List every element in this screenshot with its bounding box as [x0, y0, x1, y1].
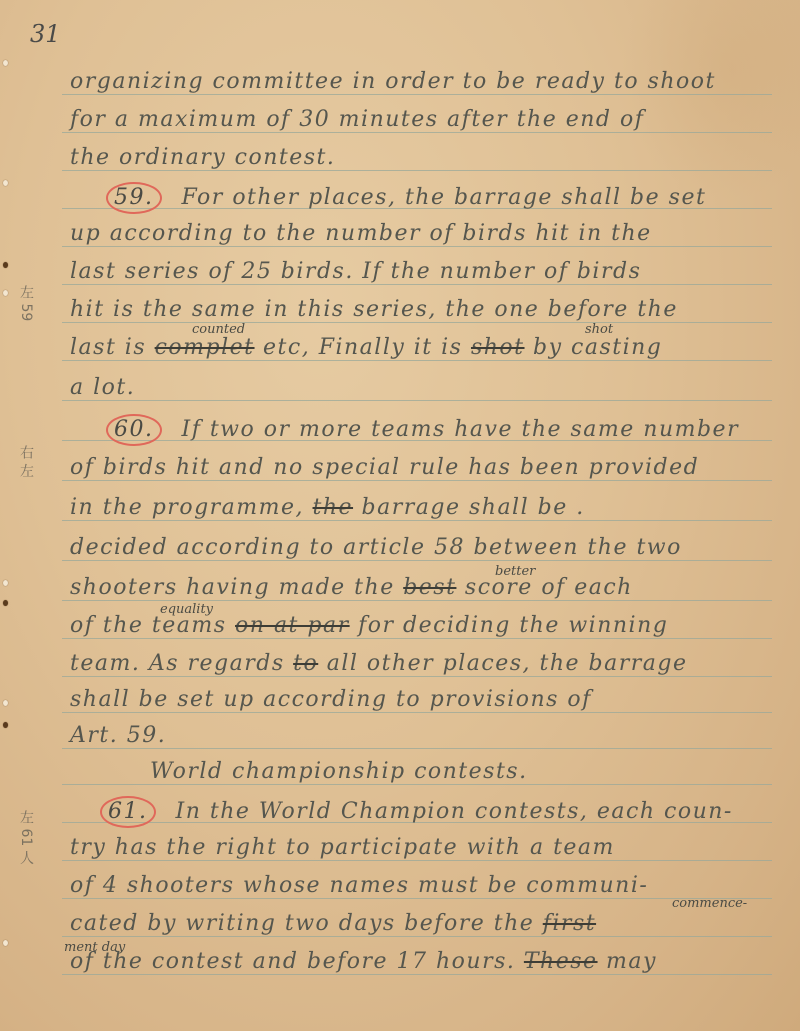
text-line: decided according to article 58 between … — [70, 534, 780, 562]
punch-hole — [3, 290, 8, 296]
article-number-circle: 61. — [100, 796, 156, 828]
text-line: shall be set up according to provisions … — [70, 686, 780, 714]
text-line: Art. 59. — [70, 722, 780, 750]
punch-hole — [3, 700, 8, 706]
struck-word: on at par — [235, 613, 350, 638]
text-line: cated by writing two days before the fir… — [70, 910, 780, 938]
line-text: For other places, the barrage shall be s… — [182, 185, 707, 210]
line-text: barrage shall be . — [353, 495, 585, 520]
margin-note: 右 左 — [16, 445, 36, 477]
line-text: for deciding the winning — [350, 613, 669, 638]
text-line: of the contest and before 17 hours. Thes… — [70, 948, 780, 976]
text-line: up according to the number of birds hit … — [70, 220, 780, 248]
margin-note: 左 59 — [16, 285, 36, 321]
line-text: team. As regards — [70, 651, 293, 676]
text-line: last is complet etc, Finally it is shot … — [70, 334, 780, 362]
text-line: of the teams on at par for deciding the … — [70, 612, 780, 640]
line-text: cated by writing two days before the — [70, 911, 543, 936]
struck-word: These — [524, 949, 598, 974]
text-line: organizing committee in order to be read… — [70, 68, 780, 96]
punch-hole — [3, 722, 8, 728]
text-line-article-61: 61.In the World Champion contests, each … — [100, 796, 800, 828]
article-number-circle: 59. — [106, 182, 162, 214]
line-text: shooters having made the — [70, 575, 403, 600]
text-line: hit is the same in this series, the one … — [70, 296, 780, 324]
line-text: of the contest and before 17 hours. — [70, 949, 524, 974]
struck-word: shot — [471, 335, 525, 360]
punch-hole — [3, 580, 8, 586]
text-line: for a maximum of 30 minutes after the en… — [70, 106, 780, 134]
margin-note: 左 61 人 — [16, 810, 36, 865]
article-number-circle: 60. — [106, 414, 162, 446]
line-text: last is — [70, 335, 155, 360]
punch-hole — [3, 60, 8, 66]
line-text: by casting — [525, 335, 663, 360]
punch-hole — [3, 262, 8, 268]
line-text: may — [598, 949, 657, 974]
line-text: in the programme, — [70, 495, 313, 520]
insertion-commence: commence- — [672, 896, 747, 911]
text-line: in the programme, the barrage shall be . — [70, 494, 780, 522]
text-line-article-60: 60.If two or more teams have the same nu… — [106, 414, 800, 446]
manuscript-page: 31 左 59 右 左 左 61 人 organizing committee … — [0, 0, 800, 1031]
text-line: try has the right to participate with a … — [70, 834, 780, 862]
text-line-article-59: 59.For other places, the barrage shall b… — [106, 182, 800, 214]
text-line: of birds hit and no special rule has bee… — [70, 454, 780, 482]
struck-word: to — [293, 651, 318, 676]
text-line: a lot. — [70, 374, 780, 402]
punch-hole — [3, 940, 8, 946]
line-text: of the teams — [70, 613, 235, 638]
punch-hole — [3, 600, 8, 606]
line-text: etc, Finally it is — [255, 335, 471, 360]
line-text: score of each — [456, 575, 632, 600]
struck-word: first — [543, 911, 596, 936]
text-line: shooters having made the best score of e… — [70, 574, 780, 602]
struck-word: complet — [155, 335, 255, 360]
text-line: team. As regards to all other places, th… — [70, 650, 780, 678]
struck-word: best — [403, 575, 456, 600]
struck-word: the — [313, 495, 354, 520]
punch-hole — [3, 180, 8, 186]
line-text: In the World Champion contests, each cou… — [176, 799, 733, 824]
text-line: the ordinary contest. — [70, 144, 780, 172]
line-text: If two or more teams have the same numbe… — [182, 417, 740, 442]
text-line: last series of 25 birds. If the number o… — [70, 258, 780, 286]
line-text: all other places, the barrage — [318, 651, 687, 676]
section-heading: World championship contests. — [70, 758, 800, 786]
page-number: 31 — [30, 20, 61, 48]
